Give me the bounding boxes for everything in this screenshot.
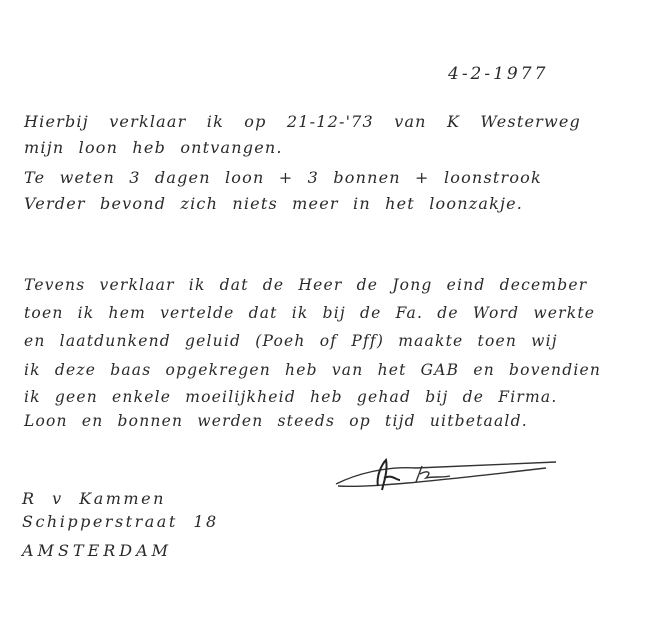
- text-line: en laatdunkend geluid (Poeh of Pff) maak…: [24, 332, 558, 350]
- sender-name: R v Kammen: [22, 489, 166, 508]
- text-line: Tevens verklaar ik dat de Heer de Jong e…: [24, 276, 587, 294]
- text-line: Loon en bonnen werden steeds op tijd uit…: [24, 412, 528, 430]
- sender-street: Schipperstraat 18: [22, 512, 219, 531]
- text-line: mijn loon heb ontvangen.: [24, 138, 283, 157]
- text-line: Verder bevond zich niets meer in het loo…: [24, 194, 523, 213]
- sender-city: AMSTERDAM: [22, 541, 172, 560]
- text-line: Hierbij verklaar ik op 21-12-'73 van K W…: [24, 112, 581, 131]
- signature-scribble: [326, 456, 566, 496]
- text-line: toen ik hem vertelde dat ik bij de Fa. d…: [24, 304, 595, 322]
- text-line: Te weten 3 dagen loon + 3 bonnen + loons…: [24, 168, 542, 187]
- text-line: ik geen enkele moeilijkheid heb gehad bi…: [24, 388, 557, 406]
- letter-date: 4-2-1977: [448, 64, 548, 84]
- text-line: ik deze baas opgekregen heb van het GAB …: [24, 361, 601, 379]
